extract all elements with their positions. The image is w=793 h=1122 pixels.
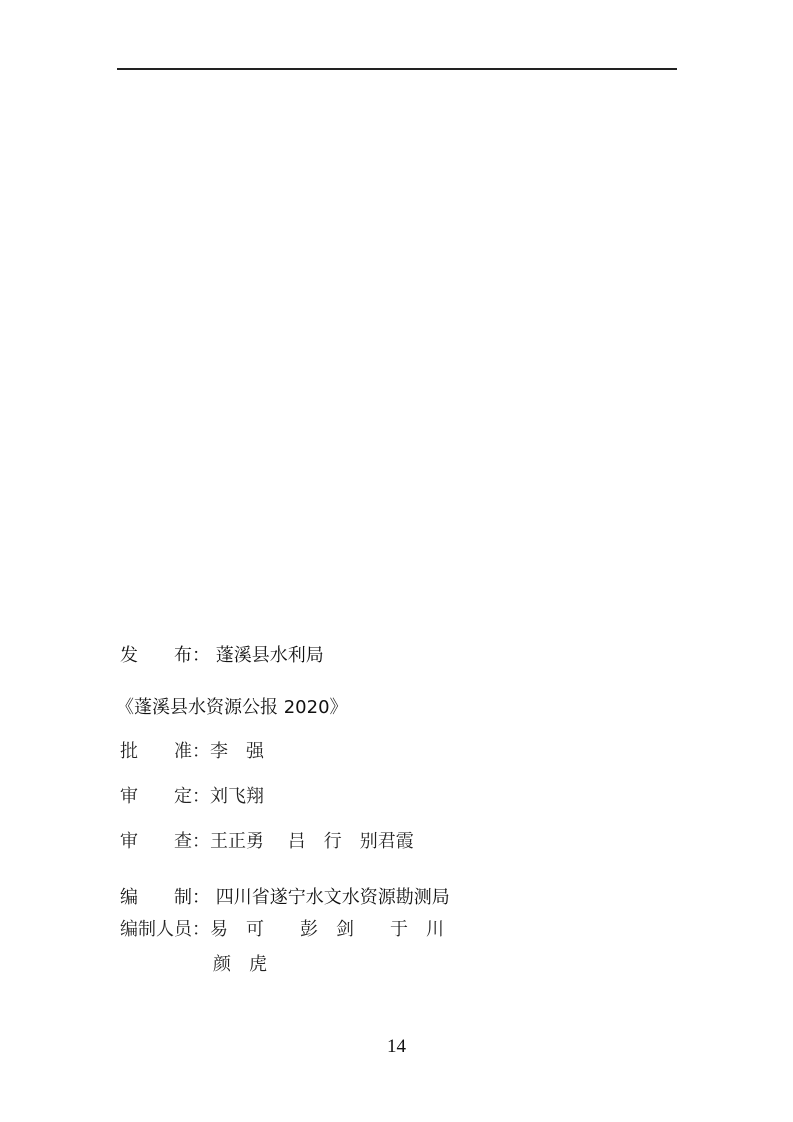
finalization-line: 审 定：刘飞翔: [120, 786, 264, 808]
approval-label: 批 准：: [120, 741, 210, 762]
staff-names-line1: 易 可 彭 剑 于 川: [210, 919, 444, 940]
staff-line: 编制人员：易 可 彭 剑 于 川: [120, 919, 444, 941]
review-value: 王正勇 吕 行 别君霞: [210, 831, 414, 852]
publisher-line: 发 布： 蓬溪县水利局: [120, 645, 324, 667]
review-line: 审 查：王正勇 吕 行 别君霞: [120, 831, 414, 853]
finalization-value: 刘飞翔: [210, 786, 264, 807]
review-label: 审 查：: [120, 831, 210, 852]
compiler-line: 编 制： 四川省遂宁水文水资源勘测局: [120, 887, 450, 909]
publisher-value: 蓬溪县水利局: [216, 645, 324, 666]
page-number: 14: [0, 1036, 793, 1058]
document-title: 《蓬溪县水资源公报 2020》: [116, 697, 348, 719]
approval-line: 批 准：李 强: [120, 741, 264, 763]
staff-label: 编制人员：: [120, 919, 210, 940]
compiler-label: 编 制：: [120, 887, 210, 908]
compiler-value: 四川省遂宁水文水资源勘测局: [216, 887, 450, 908]
finalization-label: 审 定：: [120, 786, 210, 807]
publisher-label: 发 布：: [120, 645, 210, 666]
header-rule: [117, 68, 677, 70]
staff-names-line2: 颜 虎: [213, 954, 267, 976]
approval-value: 李 强: [210, 741, 264, 762]
